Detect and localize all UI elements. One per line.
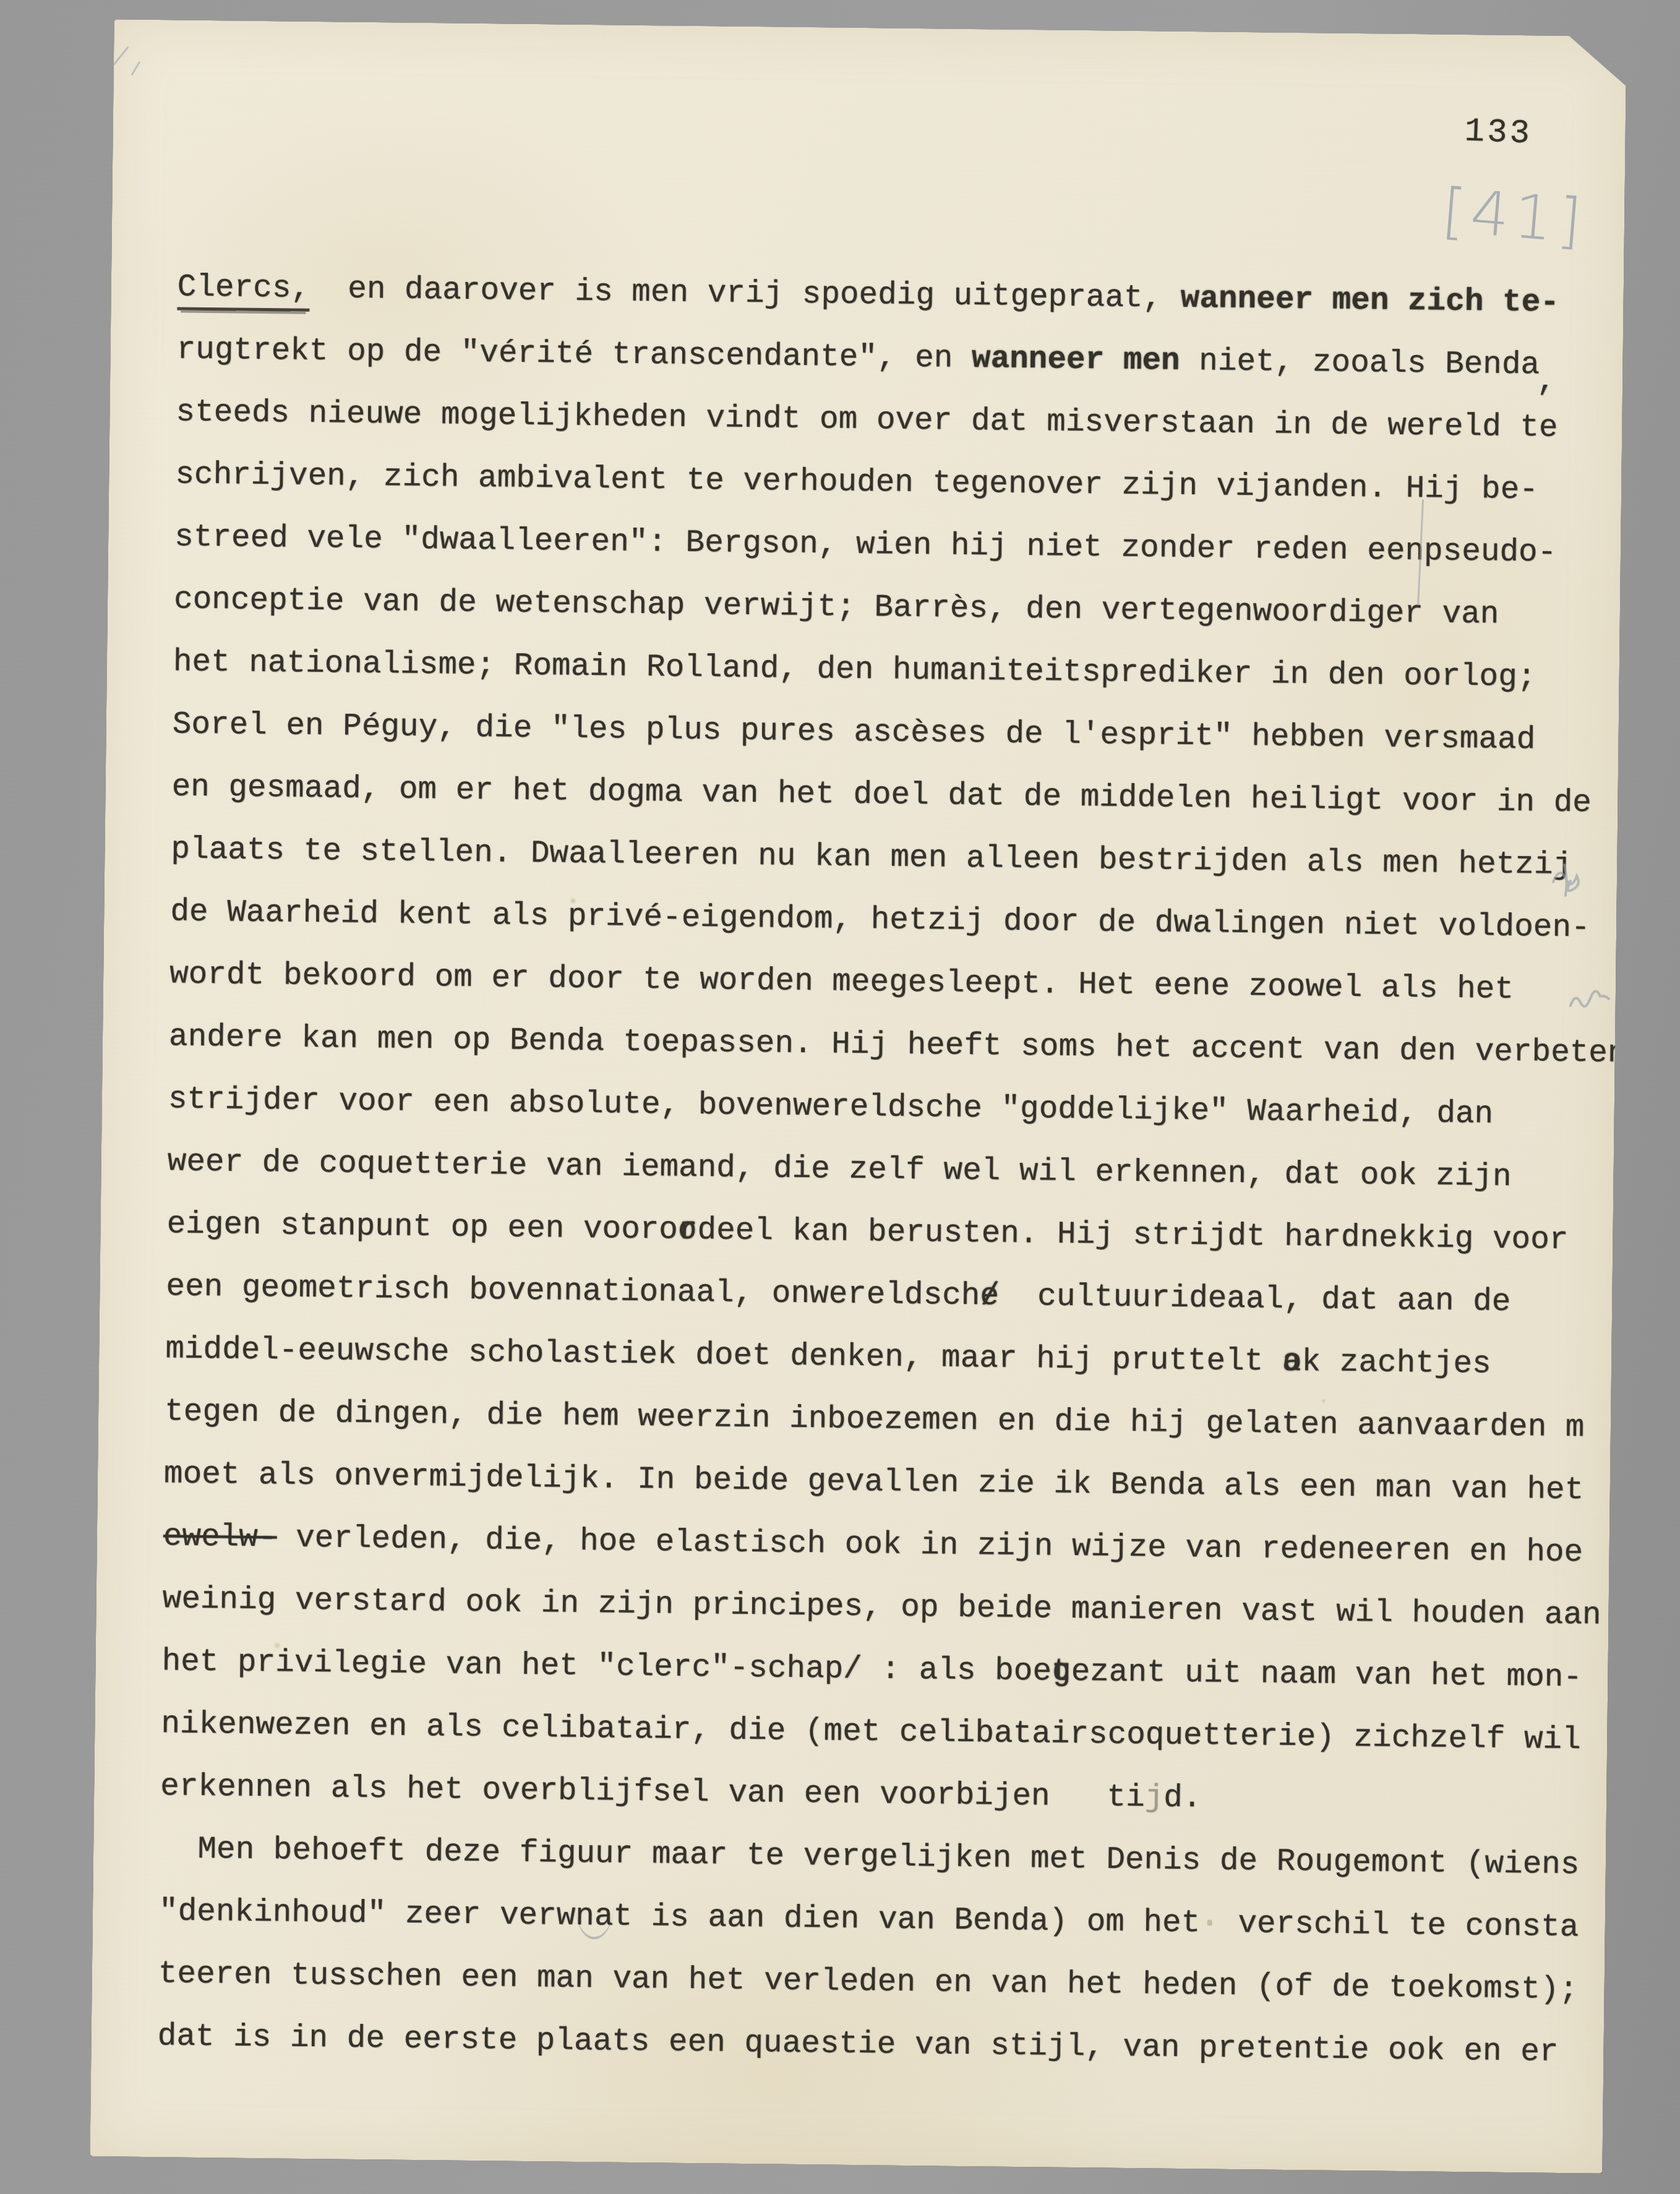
text-segment: : als boe — [862, 1652, 1052, 1689]
text-segment: na — [575, 1899, 614, 1940]
text-segment: wanneer men zich te- — [1180, 281, 1559, 321]
text-segment: eigen stanpunt op een vooro — [166, 1207, 678, 1248]
text-segment: tg — [1052, 1655, 1053, 1690]
text-segment: en gesmaad, om er het dogma van het doel… — [171, 769, 1592, 821]
text-segment: het privilegie van het "clerc"-schap — [161, 1644, 843, 1687]
text-segment: cultuurideaal, dat aan de — [1000, 1279, 1511, 1320]
text-segment: plaats te stellen. Dwaalleeren nu kan me… — [171, 832, 1572, 883]
text-segment: moet als onvermijdelijk. In beide gevall… — [164, 1457, 1584, 1508]
text-block: Clercs, en daarover is men vrij spoedig … — [157, 256, 1626, 2085]
text-segment: verleden, die, hoe elastisch ook in zijn… — [276, 1520, 1583, 1571]
pencil-tick — [131, 61, 140, 76]
text-segment: or — [678, 1213, 680, 1248]
photo-backdrop: { "colors":{"background":"#9b9b9b","pape… — [0, 0, 1680, 2194]
text-segment: t is aan dien van Benda) om het — [613, 1900, 1200, 1942]
pencil-squiggle — [1568, 987, 1613, 1015]
text-segment: een geometrisch bovennationaal, onwereld… — [166, 1269, 980, 1314]
text-segment: "denkinhoud" zeer verw — [159, 1894, 576, 1934]
text-segment: nikenwezen en als celibatair, die (met c… — [161, 1707, 1581, 1758]
text-segment: ao — [1282, 1345, 1284, 1380]
text-segment: en daarover is men vrij spoedig uitgepra… — [310, 272, 1181, 317]
pencil-annotation: [41] — [1439, 176, 1589, 258]
text-segment: rugtrekt op de "vérité transcendante", e… — [176, 332, 972, 377]
text-segment: weinig verstard ook in zijn principes, o… — [162, 1582, 1601, 1633]
text-segment: / — [843, 1652, 844, 1687]
text-segment: verschil te consta — [1219, 1906, 1579, 1946]
text-segment: tegen de dingen, die hem weerzin inboeze… — [165, 1394, 1585, 1446]
text-segment: deel kan berusten. Hij strijdt hardnekki… — [697, 1213, 1568, 1258]
document-page: 133 [41] Clercs, en daarover is men vrij… — [90, 19, 1626, 2174]
text-segment: k zachtjes — [1301, 1345, 1491, 1382]
text-segment: steeds nieuwe mogelijkheden vindt om ove… — [176, 395, 1558, 445]
text-segment: teeren tusschen een man van het verleden… — [158, 1956, 1579, 2008]
text-segment: d. — [1164, 1781, 1202, 1817]
text-segment: ezant uit naam van het mon- — [1071, 1655, 1582, 1695]
text-segment: wordt bekoord om er door te worden meege… — [169, 957, 1514, 1008]
text-segment: Sorel en Péguy, die "les plus pures ascè… — [172, 707, 1535, 758]
text-segment: streed vele "dwaalleeren": Bergson, wien… — [174, 520, 1557, 570]
text-segment: e/ — [980, 1279, 982, 1314]
text-segment: weer de coquetterie van iemand, die zelf… — [167, 1144, 1511, 1195]
pencil-squiggle — [1546, 859, 1602, 902]
text-segment: de Waarheid kent als privé-eigendom, het… — [170, 894, 1590, 946]
text-segment: j — [1144, 1780, 1164, 1815]
text-segment: wanneer men — [972, 341, 1180, 379]
pencil-tick — [113, 46, 129, 66]
text-segment: dat is in de eerste plaats een quaestie … — [157, 2019, 1558, 2070]
text-segment: middel-eeuwsche scholastiek doet denken,… — [165, 1332, 1282, 1379]
text-segment: andere kan men op Benda toepassen. Hij h… — [169, 1019, 1627, 1071]
text-segment: conceptie van de wetenschap verwijt; Bar… — [174, 582, 1499, 632]
text-segment: strijder voor een absolute, bovenwerelds… — [168, 1082, 1494, 1132]
text-segment: , — [1536, 364, 1556, 399]
text-segment: schrijven, zich ambivalent te verhouden … — [175, 457, 1538, 508]
text-segment: niet, zooals Benda — [1180, 344, 1540, 384]
page-number: 133 — [1464, 113, 1533, 153]
text-segment: erkennen als het overblijfsel van een vo… — [160, 1769, 1145, 1815]
text-segment: Clercs, — [177, 270, 310, 311]
text-segment: het nationalisme; Romain Rolland, den hu… — [173, 645, 1536, 695]
text-segment: ewelw- — [163, 1519, 277, 1556]
text-segment: Men behoeft deze figuur maar te vergelij… — [160, 1832, 1580, 1883]
text-segment: · — [1200, 1906, 1219, 1941]
